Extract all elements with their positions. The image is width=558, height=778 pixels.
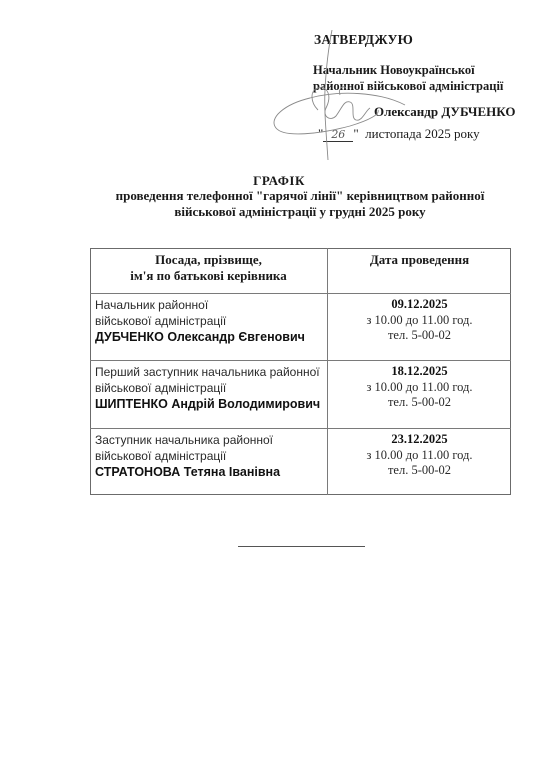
- hotline-time: з 10.00 до 11.00 год.: [328, 313, 511, 329]
- table-header-position: Посада, прізвище, ім'я по батькові керів…: [90, 252, 327, 284]
- table-row-date: 18.12.2025 з 10.00 до 11.00 год. тел. 5-…: [328, 364, 511, 411]
- approval-date: "26" листопада 2025 року: [318, 126, 480, 142]
- approval-position: Начальник Новоукраїнської районної війсь…: [313, 62, 503, 94]
- approval-date-day: 26: [323, 129, 353, 142]
- approval-position-line1: Начальник Новоукраїнської: [313, 62, 503, 78]
- approval-title: ЗАТВЕРДЖУЮ: [314, 32, 413, 48]
- table-row-position: Начальник районної військової адміністра…: [95, 297, 327, 345]
- position-line2: військової адміністрації: [95, 313, 327, 329]
- position-line2: військової адміністрації: [95, 380, 327, 396]
- position-line2: військової адміністрації: [95, 448, 327, 464]
- position-line1: Перший заступник начальника районної: [95, 364, 327, 380]
- document-subtitle: проведення телефонної "гарячої лінії" ке…: [100, 188, 500, 220]
- person-name: ШИПТЕНКО Андрій Володимирович: [95, 396, 327, 412]
- hotline-time: з 10.00 до 11.00 год.: [328, 448, 511, 464]
- end-separator-line: [238, 546, 365, 547]
- approval-name: Олександр ДУБЧЕНКО: [374, 104, 515, 120]
- table-row-position: Заступник начальника районної військової…: [95, 432, 327, 480]
- table-row-date: 23.12.2025 з 10.00 до 11.00 год. тел. 5-…: [328, 432, 511, 479]
- document-subtitle-line2: військової адміністрації у грудні 2025 р…: [100, 204, 500, 220]
- approval-date-close-quote: ": [353, 126, 358, 141]
- hotline-date: 23.12.2025: [328, 432, 511, 448]
- hotline-time: з 10.00 до 11.00 год.: [328, 380, 511, 396]
- person-name: ДУБЧЕНКО Олександр Євгенович: [95, 329, 327, 345]
- table-row-divider: [90, 360, 511, 361]
- approval-date-rest: листопада 2025 року: [365, 126, 479, 141]
- hotline-date: 18.12.2025: [328, 364, 511, 380]
- table-row-divider: [90, 428, 511, 429]
- hotline-phone: тел. 5-00-02: [328, 328, 511, 344]
- signature-icon: [270, 30, 430, 170]
- table-header-divider: [90, 293, 511, 294]
- table-row-date: 09.12.2025 з 10.00 до 11.00 год. тел. 5-…: [328, 297, 511, 344]
- document-subtitle-line1: проведення телефонної "гарячої лінії" ке…: [100, 188, 500, 204]
- approval-position-line2: районної військової адміністрації: [313, 78, 503, 94]
- table-row-position: Перший заступник начальника районної вій…: [95, 364, 327, 412]
- table-header-date: Дата проведення: [328, 252, 511, 268]
- position-line1: Заступник начальника районної: [95, 432, 327, 448]
- person-name: СТРАТОНОВА Тетяна Іванівна: [95, 464, 327, 480]
- document-title: ГРАФІК: [0, 173, 558, 189]
- hotline-phone: тел. 5-00-02: [328, 463, 511, 479]
- hotline-date: 09.12.2025: [328, 297, 511, 313]
- table-header-position-line1: Посада, прізвище,: [90, 252, 327, 268]
- position-line1: Начальник районної: [95, 297, 327, 313]
- table-header-position-line2: ім'я по батькові керівника: [90, 268, 327, 284]
- hotline-phone: тел. 5-00-02: [328, 395, 511, 411]
